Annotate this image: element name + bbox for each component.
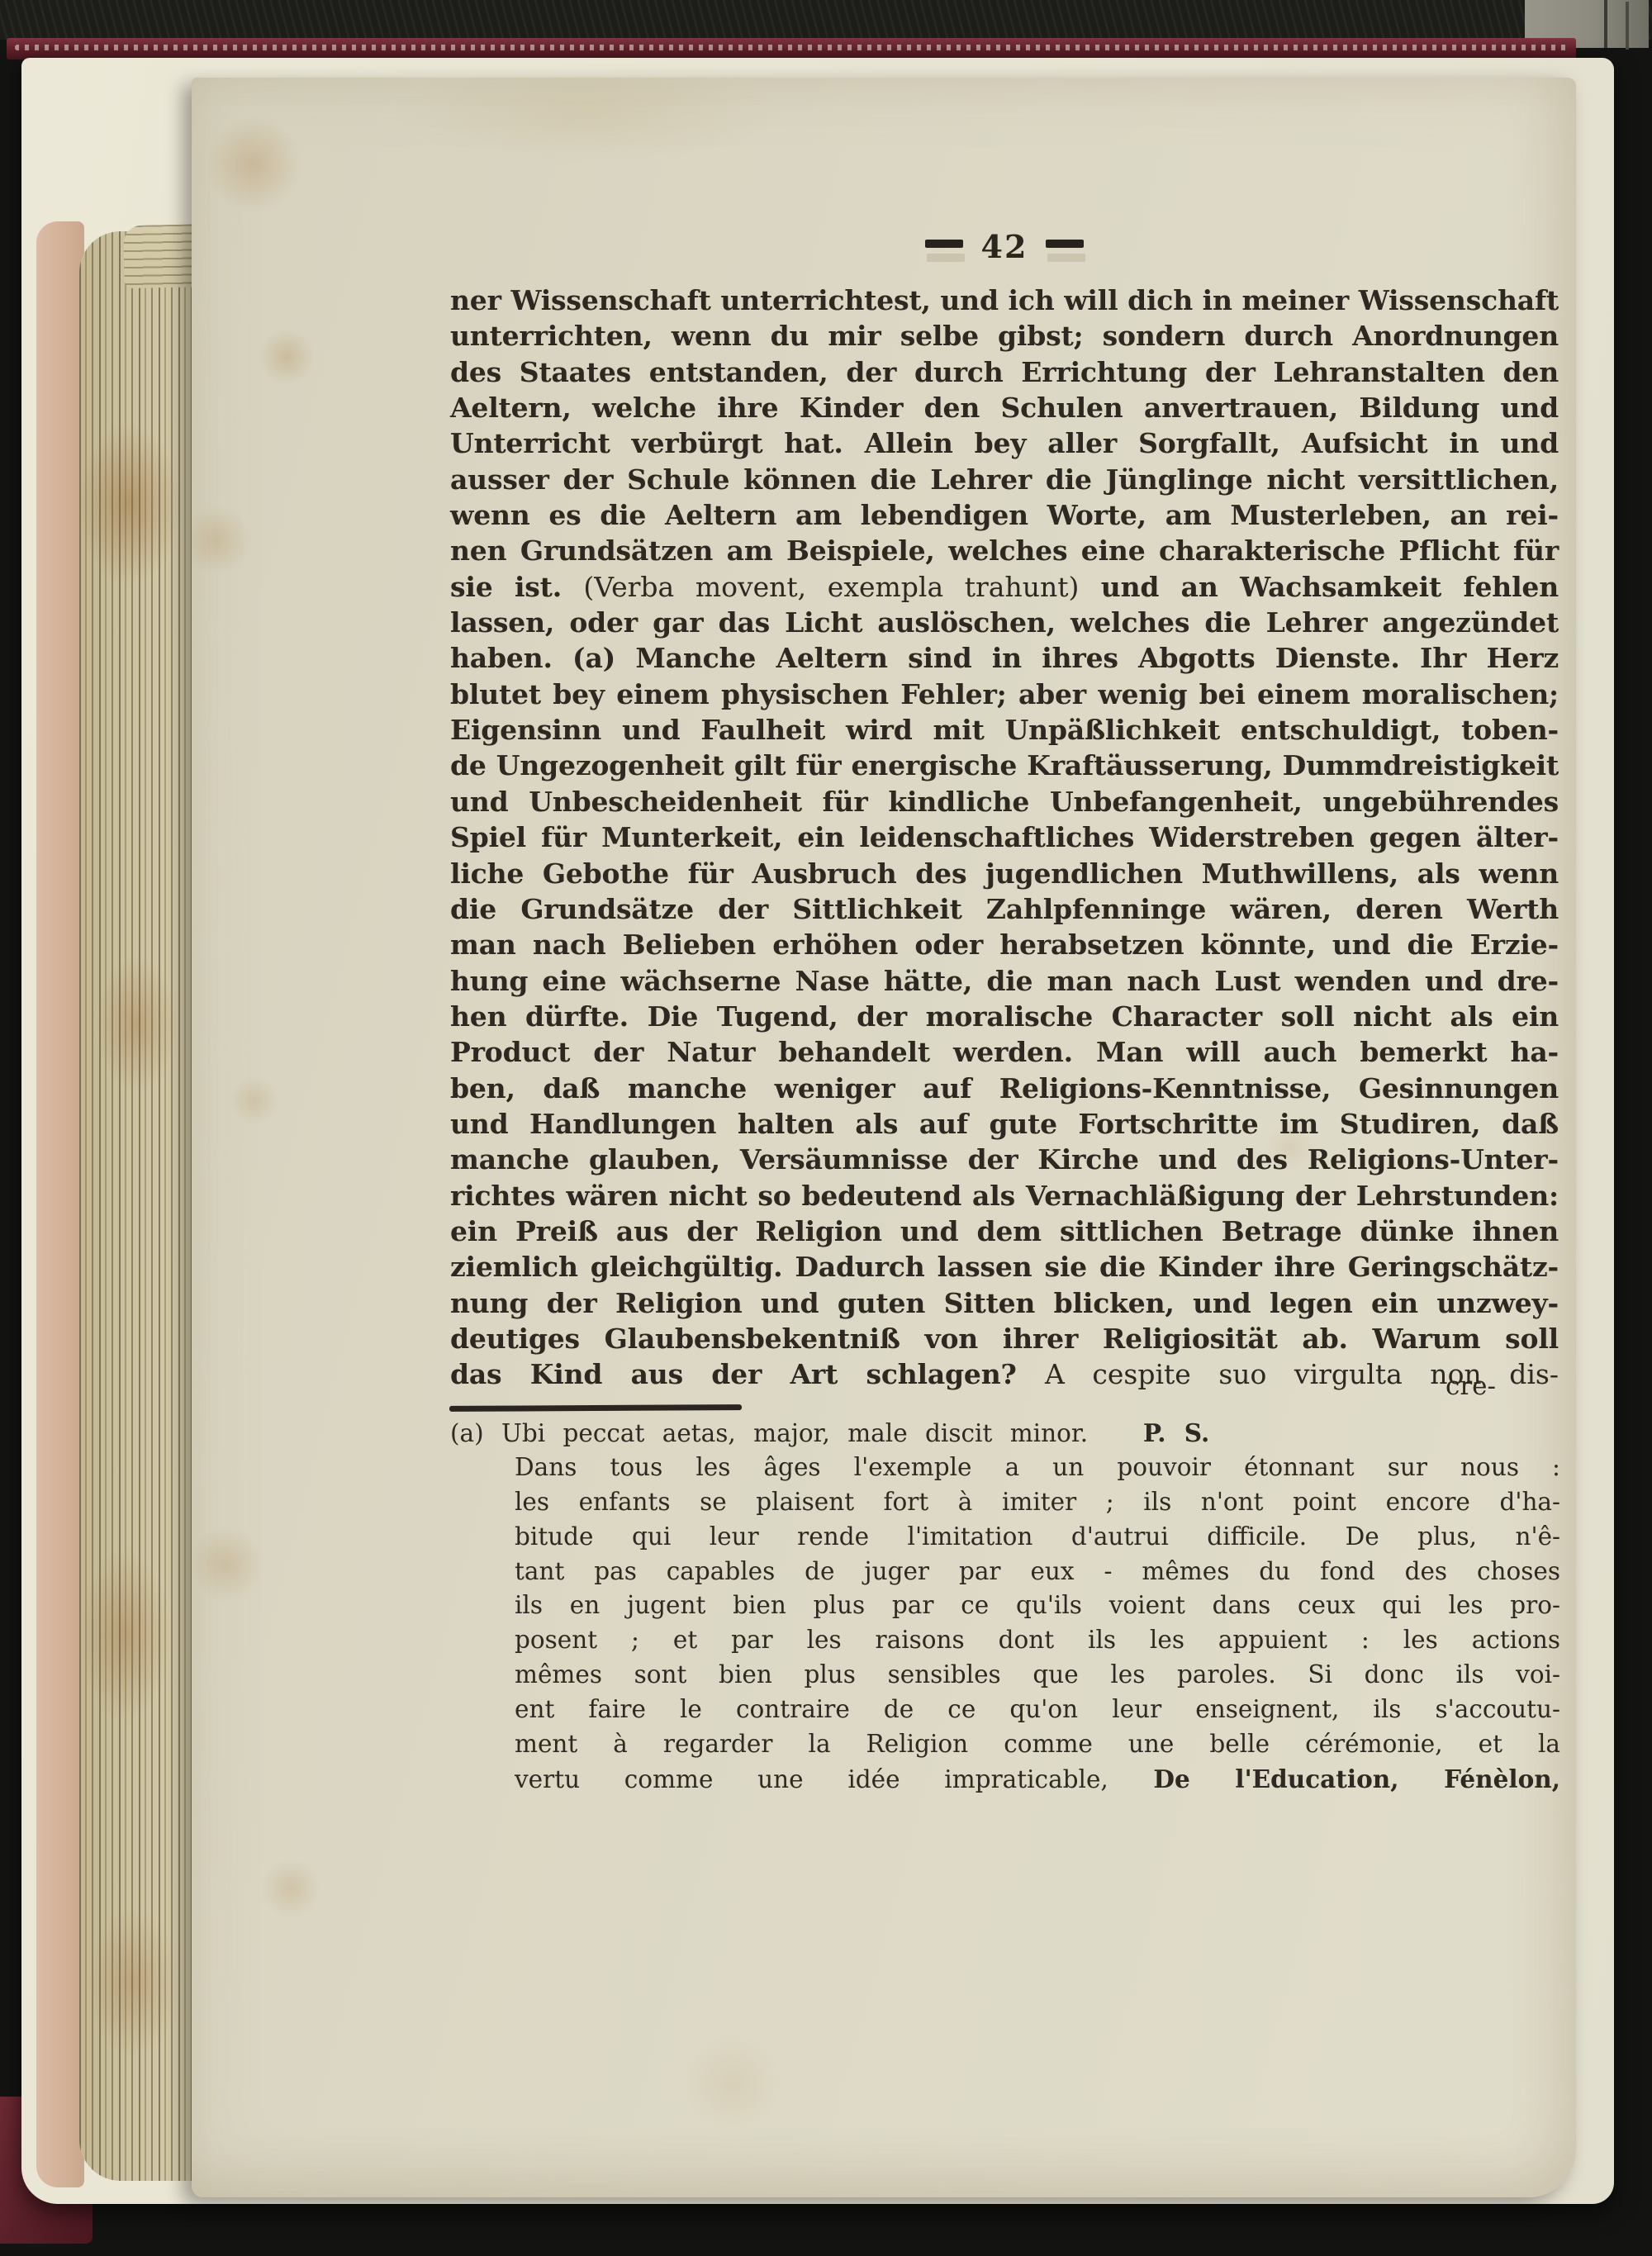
page-number: 42 [981, 228, 1028, 265]
footnote-line: tant pas capables de juger par eux - mêm… [450, 1555, 1560, 1589]
text-line: unterrichten, wenn du mir selbe gibst; s… [450, 318, 1559, 354]
text-line: Aeltern, welche ihre Kinder den Schulen … [450, 390, 1559, 425]
text-line: liche Gebothe für Ausbruch des jugendlic… [450, 856, 1559, 891]
footnote-line: les enfants se plaisent fort à imiter ; … [450, 1485, 1560, 1520]
text-line: ziemlich gleichgültig. Dadurch lassen si… [450, 1249, 1559, 1285]
text-line: sie ist. (Verba movent, exempla trahunt)… [450, 569, 1559, 605]
background-top-texture [0, 0, 1652, 40]
text-line: und Unbescheidenheit für kindliche Unbef… [450, 784, 1559, 819]
text-line: Eigensinn und Faulheit wird mit Unpäßlic… [450, 712, 1559, 748]
book-photo: { "page": { "number": "42" }, "main_text… [0, 0, 1652, 2256]
text-line: ein Preiß aus der Religion und dem sittl… [450, 1213, 1559, 1249]
text-line: manche glauben, Versäumnisse der Kirche … [450, 1142, 1559, 1177]
text-line: haben. (a) Manche Aeltern sind in ihres … [450, 640, 1559, 676]
text-line: nen Grundsätzen am Beispiele, welches ei… [450, 533, 1559, 568]
footnote-line: ment à regarder la Religion comme une be… [450, 1727, 1560, 1762]
footnote-line: mêmes sont bien plus sensibles que les p… [450, 1658, 1560, 1693]
text-line: deutiges Glaubensbekentniß von ihrer Rel… [450, 1321, 1559, 1356]
text-line: hung eine wächserne Nase hätte, die man … [450, 963, 1559, 999]
page-header: 42 [450, 228, 1559, 271]
text-line: hen dürfte. Die Tugend, der moralische C… [450, 999, 1559, 1034]
text-line: nung der Religion und guten Sitten blick… [450, 1285, 1559, 1321]
text-line: Unterricht verbürgt hat. Allein bey alle… [450, 425, 1559, 461]
text-line: de Ungezogenheit gilt für energische Kra… [450, 748, 1559, 783]
header-rule-left [925, 240, 963, 248]
footnote-line: vertu comme une idée impraticable, De l'… [450, 1762, 1560, 1797]
footnote: (a) Ubi peccat aetas, major, male discit… [450, 1416, 1560, 1797]
text-line: und Handlungen halten als auf gute Forts… [450, 1106, 1559, 1142]
catchword: cre- [450, 1371, 1559, 1401]
header-rule-right [1046, 240, 1084, 248]
text-line: Spiel für Munterkeit, ein leidenschaftli… [450, 819, 1559, 855]
text-line: die Grundsätze der Sittlichkeit Zahlpfen… [450, 891, 1559, 927]
text-line: blutet bey einem physischen Fehler; aber… [450, 677, 1559, 712]
footnote-line: bitude qui leur rende l'imitation d'autr… [450, 1520, 1560, 1555]
text-line: richtes wären nicht so bedeutend als Ver… [450, 1178, 1559, 1213]
page-deckle-edge [36, 221, 84, 2187]
text-line: lassen, oder gar das Licht auslöschen, w… [450, 605, 1559, 640]
footnote-line: (a) Ubi peccat aetas, major, male discit… [450, 1416, 1560, 1451]
text-line: Product der Natur behandelt werden. Man … [450, 1034, 1559, 1070]
footnote-line: posent ; et par les raisons dont ils les… [450, 1623, 1560, 1658]
main-text: ner Wissenschaft unterrichtest, und ich … [450, 283, 1559, 1393]
text-line: ausser der Schule können die Lehrer die … [450, 462, 1559, 497]
cover-spine-top [7, 38, 1576, 59]
cover-gilt-edge [15, 45, 1568, 50]
footnote-line: ils en jugent bien plus par ce qu'ils vo… [450, 1589, 1560, 1623]
footnote-line: Dans tous les âges l'exemple a un pouvoi… [450, 1451, 1560, 1485]
text-line: ben, daß manche weniger auf Religions-Ke… [450, 1071, 1559, 1106]
footnote-line: ent faire le contraire de ce qu'on leur … [450, 1693, 1560, 1727]
text-line: ner Wissenschaft unterrichtest, und ich … [450, 283, 1559, 318]
text-line: des Staates entstanden, der durch Errich… [450, 354, 1559, 390]
text-line: wenn es die Aeltern am lebendigen Worte,… [450, 497, 1559, 533]
page-edges-left [79, 231, 200, 2181]
text-line: man nach Belieben erhöhen oder herabsetz… [450, 927, 1559, 962]
